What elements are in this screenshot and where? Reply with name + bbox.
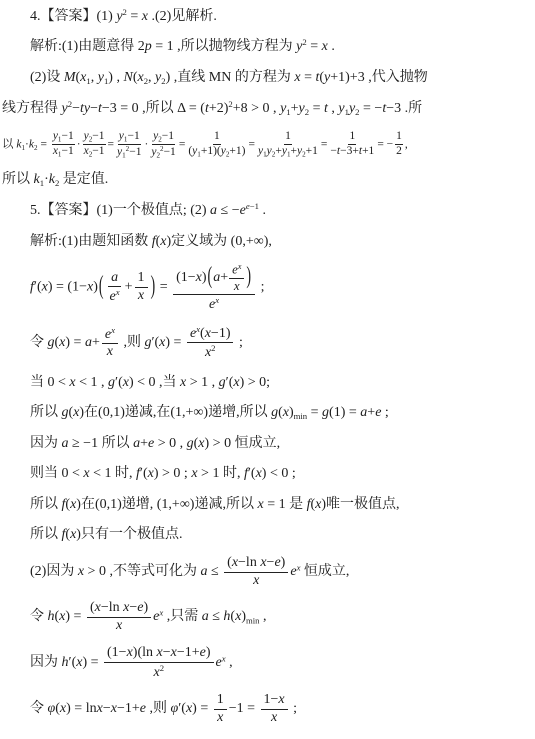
text-run: + [220, 270, 228, 285]
math-variable: ty [80, 101, 90, 116]
math-variable: g [48, 335, 55, 350]
numerator: 1−x [261, 692, 288, 710]
fraction: 1y1y2+y1+y2+1 [257, 130, 319, 158]
text-run: −ln [238, 555, 260, 570]
fraction: exx [229, 262, 244, 294]
q5-g-def: 令 g(x) = a+exx ,则 g′(x) = ex(x−1)x2 ; [2, 324, 533, 362]
numerator: a [108, 270, 121, 288]
q5-phi-def: 令 φ(x) = lnx−x−1+e ,则 φ′(x) = 1x−1 = 1−x… [2, 692, 533, 726]
text-run: 线方程得 [2, 101, 62, 116]
denominator: −t−3+t+1 [329, 145, 375, 159]
numerator: ex [102, 325, 118, 344]
text-run: = − [377, 138, 393, 150]
denominator: x [250, 573, 262, 590]
math-variable: x [238, 262, 242, 271]
text-run: min [294, 411, 308, 421]
numerator: y2−1 [83, 130, 106, 145]
text-run: ) [202, 270, 207, 285]
math-variable: N [123, 70, 132, 85]
text-run: . [328, 39, 335, 54]
text-run: −1 [129, 145, 141, 157]
text-run: ) [93, 280, 98, 295]
q5-hprime: 因为 h′(x) = (1−x)(ln x−x−1+e)x2ex , [2, 645, 533, 681]
text-run: −1 [61, 130, 73, 142]
text-run: ≤ [207, 564, 222, 579]
q4-k1k2-chain: 以 k1·k2 = y1−1x1−1·y2−1x2−1=y1−1y12−1·y2… [2, 130, 533, 160]
fraction: ex(x−1)x2 [187, 324, 234, 362]
fraction: 1−xx [261, 692, 288, 726]
denominator: y12−1 [116, 145, 142, 160]
text-run: −1 [127, 130, 139, 142]
text-run: )在(0,1)递增, (1,+∞)递减,所以 [76, 497, 257, 512]
text-run: ; [290, 701, 297, 716]
text-run: 5.【答案】(1)一个极值点; (2) [30, 203, 210, 218]
numerator: 1 [395, 130, 403, 145]
math-variable: x [278, 692, 284, 707]
text-run: −1 [164, 145, 176, 157]
document-page: 4.【答案】(1) y2 = x .(2)见解析.解析:(1)由题意得 2p =… [0, 0, 535, 739]
text-run: = [156, 280, 171, 295]
text-run: 1 [217, 692, 224, 707]
text-run: = [179, 138, 186, 150]
denominator: x2 [151, 663, 168, 681]
numerator: (1−x)(a+exx) [173, 262, 255, 295]
math-variable: h [62, 655, 69, 670]
text-run: )定义域为 (0,+∞), [167, 234, 272, 249]
text-run: 1 [349, 130, 355, 142]
text-run: +1 [306, 145, 318, 157]
text-run: −1) [211, 326, 231, 341]
text-run: )在(0,1)递减,在(1,+∞)递增,所以 [79, 405, 271, 420]
denominator: x [113, 618, 125, 635]
text-run: (1− [107, 645, 127, 660]
subscript: min [294, 411, 308, 421]
denominator: x [135, 288, 147, 305]
big-paren: ) [151, 274, 156, 301]
superscript: 2 [211, 343, 215, 353]
text-run: < 1 时, [90, 466, 136, 481]
text-run: ) = [65, 609, 85, 624]
text-run: 2 [160, 663, 164, 673]
numerator: (1−x)(ln x−x−1+e) [104, 645, 214, 663]
text-run: ) > 0; [240, 375, 270, 390]
q5-answer: 5.【答案】(1)一个极值点; (2) a ≤ −ee−1 . [2, 201, 533, 220]
numerator: 1 [214, 692, 227, 710]
text-run: ′( [140, 466, 148, 481]
big-paren: ) [246, 266, 251, 290]
text-run: , [405, 138, 408, 150]
numerator: (x−ln x−e) [87, 600, 151, 618]
text-run: ′( [115, 375, 123, 390]
superscript: x [238, 262, 242, 271]
numerator: (x−ln x−e) [224, 555, 288, 573]
denominator: x2−1 [83, 145, 106, 159]
text-run: = 1 是 [264, 497, 307, 512]
text-run: −1 [92, 130, 104, 142]
text-run: 1 [214, 130, 220, 142]
math-variable: a [85, 335, 92, 350]
math-variable: a [202, 609, 209, 624]
q4-conclusion: 所以 k1·k2 是定值. [2, 170, 533, 190]
text-run: 解析:(1)由题意得 2 [30, 39, 145, 54]
denominator: y22−1 [150, 145, 176, 160]
numerator: y1−1 [118, 130, 141, 145]
text-run: 2 [396, 145, 402, 157]
text-run: −3+ [340, 145, 359, 157]
text-run: ) < 0 ; [262, 466, 296, 481]
text-run: −1 = [229, 701, 259, 716]
text-run: ) = [82, 655, 102, 670]
text-run: 1 [396, 130, 402, 142]
text-run: + [291, 101, 299, 116]
text-run: ; [257, 280, 264, 295]
text-run: · [144, 138, 148, 150]
text-run: −1 [250, 202, 259, 212]
text-run: (1− [176, 270, 196, 285]
text-run: −1+ [117, 701, 140, 716]
fraction: y2−1y22−1 [150, 130, 176, 160]
fraction: y1−1y12−1 [116, 130, 142, 160]
subscript: min [246, 615, 260, 625]
text-run: −3 .所 [386, 101, 422, 116]
denominator: x2 [202, 343, 219, 361]
text-run: ) , [108, 70, 123, 85]
text-run: = − [360, 101, 383, 116]
text-run: , [328, 101, 339, 116]
math-variable: g [108, 375, 115, 390]
math-variable: a [111, 270, 118, 285]
denominator: 2 [395, 145, 403, 159]
text-run: ′( [178, 701, 186, 716]
q5-f-monotonic: 所以 f(x)在(0,1)递增, (1,+∞)递减,所以 x = 1 是 f(x… [2, 495, 533, 514]
math-variable: x [253, 573, 259, 588]
big-paren: ( [99, 274, 104, 301]
text-run: ; [381, 405, 388, 420]
fraction: 1x [214, 692, 227, 726]
numerator: y2−1 [152, 130, 175, 145]
denominator: x [268, 710, 280, 727]
q4-part1-analysis: 解析:(1)由题意得 2p = 1 ,所以抛物线方程为 y2 = x . [2, 37, 533, 56]
text-run: ≤ − [217, 203, 240, 218]
text-run: (1) = [329, 405, 360, 420]
math-variable: g [187, 436, 194, 451]
text-run: ) = [165, 335, 185, 350]
text-run: ) [143, 600, 148, 615]
q5-part1-domain: 解析:(1)由题知函数 f(x)定义域为 (0,+∞), [2, 232, 533, 251]
text-run: +1) [229, 145, 245, 157]
text-run: ; [235, 335, 242, 350]
q5-fprime-sign: 则当 0 < x < 1 时, f′(x) > 0 ; x > 1 时, f′(… [2, 464, 533, 483]
numerator: ex(x−1) [187, 324, 234, 343]
text-run: = [321, 138, 328, 150]
text-run: min [246, 615, 260, 625]
q5-part2-inequality: (2)因为 x > 0 ,不等式可化为 a ≤ (x−ln x−e)xex 恒成… [2, 555, 533, 589]
denominator: ex [206, 295, 222, 313]
text-run: = [307, 405, 322, 420]
math-variable: x [271, 710, 277, 725]
text-run: , [148, 70, 155, 85]
text-run: ) = [192, 701, 212, 716]
fraction: 1−t−3+t+1 [329, 130, 375, 158]
fraction: aex [107, 270, 123, 306]
text-run: = [307, 39, 322, 54]
text-run: = [38, 138, 50, 150]
denominator: x [214, 710, 226, 727]
text-run: +1)+3 ,代入抛物 [330, 70, 427, 85]
text-run: 以 [2, 138, 16, 150]
text-run: )只有一个极值点. [76, 527, 182, 542]
text-run: ≥ −1 所以 [69, 436, 134, 451]
superscript: e−1 [246, 202, 259, 212]
text-run: + [367, 405, 375, 420]
text-run: 所以 [2, 172, 34, 187]
denominator: x [104, 344, 116, 361]
text-run: 1 [138, 270, 145, 285]
q5-h-def: 令 h(x) = (x−ln x−e)xex ,只需 a ≤ h(x)min , [2, 600, 533, 634]
text-run: +2) [209, 101, 229, 116]
text-run: ) = [65, 335, 85, 350]
text-run: · [77, 138, 81, 150]
denominator: x [231, 279, 243, 294]
text-run: −3 = 0 ,所以 Δ = ( [102, 101, 205, 116]
text-run: )(ln [133, 645, 157, 660]
superscript: x [116, 287, 120, 297]
text-run: − [90, 101, 98, 116]
text-run: > 0 , [154, 436, 186, 451]
text-run: 因为 [30, 655, 62, 670]
fraction: 12 [395, 130, 403, 158]
text-run: −1 [61, 145, 73, 157]
text-run: 恒成立, [300, 564, 349, 579]
math-variable: g [219, 375, 226, 390]
text-run: 4.【答案】(1) [30, 9, 116, 24]
text-run: − [72, 101, 80, 116]
denominator: y1y2+y1+y2+1 [257, 145, 319, 159]
text-run: ) = ln [66, 701, 96, 716]
math-variable: a [62, 436, 69, 451]
text-run: = [309, 101, 324, 116]
math-variable: M [64, 70, 76, 85]
math-variable: x [107, 344, 113, 359]
fraction: y2−1x2−1 [83, 130, 106, 159]
text-run: = [127, 9, 142, 24]
text-run: 当 0 < [30, 375, 69, 390]
fraction: 1(y1+1)(y2+1) [187, 130, 246, 158]
denominator: ex [107, 287, 123, 305]
fraction: (x−ln x−e)x [224, 555, 288, 589]
math-variable: x [138, 288, 144, 303]
denominator: (y1+1)(y2+1) [187, 145, 246, 159]
superscript: 2 [160, 663, 164, 673]
math-variable: g [322, 405, 329, 420]
math-variable: x [234, 279, 240, 293]
text-run: 2 [211, 343, 215, 353]
text-run: 是定值. [59, 172, 108, 187]
text-run: , [259, 609, 266, 624]
text-run: −1 [162, 130, 174, 142]
math-variable: a [210, 203, 217, 218]
fraction: y1−1x1−1 [52, 130, 75, 159]
text-run: + [92, 335, 100, 350]
superscript: x [111, 325, 115, 335]
text-run: ′( [151, 335, 159, 350]
text-run: − [103, 701, 111, 716]
numerator: 1 [284, 130, 292, 145]
text-run: 令 [30, 701, 48, 716]
text-run: = 1 ,所以抛物线方程为 [152, 39, 296, 54]
math-variable: p [145, 39, 152, 54]
text-run: 令 [30, 335, 48, 350]
text-run: ) > 0 恒成立, [205, 436, 281, 451]
math-variable: x [111, 325, 115, 335]
text-run: + [140, 436, 148, 451]
superscript: x [215, 295, 219, 305]
numerator: 1 [135, 270, 148, 288]
text-run: ,则 [120, 335, 145, 350]
fraction: (x−ln x−e)x [87, 600, 151, 634]
big-paren: ( [208, 266, 213, 290]
denominator: x1−1 [52, 145, 75, 159]
text-run: ) = (1− [48, 280, 87, 295]
text-run: 所以 [30, 527, 62, 542]
text-run: 则当 0 < [30, 466, 83, 481]
math-variable: x [217, 710, 223, 725]
text-run: ,只需 [163, 609, 202, 624]
fraction: (1−x)(a+exx)ex [173, 262, 255, 313]
text-run: ≤ [209, 609, 224, 624]
text-run: ) < 0 ,当 [129, 375, 180, 390]
text-run: ) ,直线 MN 的方程为 [166, 70, 295, 85]
text-run: 解析:(1)由题知函数 [30, 234, 152, 249]
text-run: 令 [30, 609, 48, 624]
text-run: . [259, 203, 266, 218]
text-run: ) > 0 ; [154, 466, 191, 481]
text-run: .(2)见解析. [148, 9, 217, 24]
numerator: 1 [213, 130, 221, 145]
text-run: −ln [101, 600, 123, 615]
text-run: ′( [248, 466, 256, 481]
text-run: = [301, 70, 316, 85]
numerator: 1 [348, 130, 356, 145]
fraction: 1x [135, 270, 148, 304]
text-run: , [226, 655, 233, 670]
math-variable: x [116, 287, 120, 297]
text-run: 因为 [30, 436, 62, 451]
text-run: + [125, 280, 133, 295]
text-run: 1− [264, 692, 279, 707]
math-variable: h [48, 609, 55, 624]
q5-part1-conclusion: 所以 f(x)只有一个极值点. [2, 525, 533, 544]
numerator: ex [229, 262, 244, 279]
text-run: = [108, 138, 115, 150]
math-variable: x [116, 618, 122, 633]
math-variable: g [62, 405, 69, 420]
text-run: (2)设 [30, 70, 64, 85]
numerator: y1−1 [52, 130, 75, 145]
q4-part2-setup: (2)设 M(x1, y1) , N(x2, y2) ,直线 MN 的方程为 x… [2, 68, 533, 88]
text-run: +1)( [201, 145, 221, 157]
q4-answer: 4.【答案】(1) y2 = x .(2)见解析. [2, 7, 533, 26]
text-run: < 1 , [76, 375, 108, 390]
q5-gprime-sign: 当 0 < x < 1 , g′(x) < 0 ,当 x > 1 , g′(x)… [2, 373, 533, 392]
text-run: = [248, 138, 255, 150]
text-run: ′( [34, 280, 42, 295]
text-run: > 0 ,不等式可化为 [84, 564, 200, 579]
fraction: exx [102, 325, 118, 361]
q5-a-condition: 因为 a ≥ −1 所以 a+e > 0 , g(x) > 0 恒成立, [2, 434, 533, 453]
text-run: ) [206, 645, 211, 660]
text-run: > 1 时, [198, 466, 244, 481]
text-run: > 1 , [186, 375, 218, 390]
text-run: ,则 [146, 701, 171, 716]
text-run: +8 > 0 , [233, 101, 280, 116]
text-run: −1+ [177, 645, 200, 660]
q5-g-min: 所以 g(x)在(0,1)递减,在(1,+∞)递增,所以 g(x)min = g… [2, 403, 533, 423]
text-run: ) [281, 555, 286, 570]
text-run: )唯一极值点, [321, 497, 399, 512]
text-run: +1 [362, 145, 374, 157]
text-run: −1 [92, 145, 104, 157]
text-run: 所以 [30, 497, 62, 512]
text-run: (2)因为 [30, 564, 78, 579]
q4-part2-equation: 线方程得 y2−ty−t−3 = 0 ,所以 Δ = (t+2)2+8 > 0 … [2, 99, 533, 119]
text-run: 所以 [30, 405, 62, 420]
text-run: , [91, 70, 98, 85]
math-variable: x [215, 295, 219, 305]
q5-fprime: f′(x) = (1−x)(aex+1x) = (1−x)(a+exx)ex ; [2, 262, 533, 313]
text-run: 1 [285, 130, 291, 142]
fraction: (1−x)(ln x−x−1+e)x2 [104, 645, 214, 681]
text-run: − [163, 645, 171, 660]
